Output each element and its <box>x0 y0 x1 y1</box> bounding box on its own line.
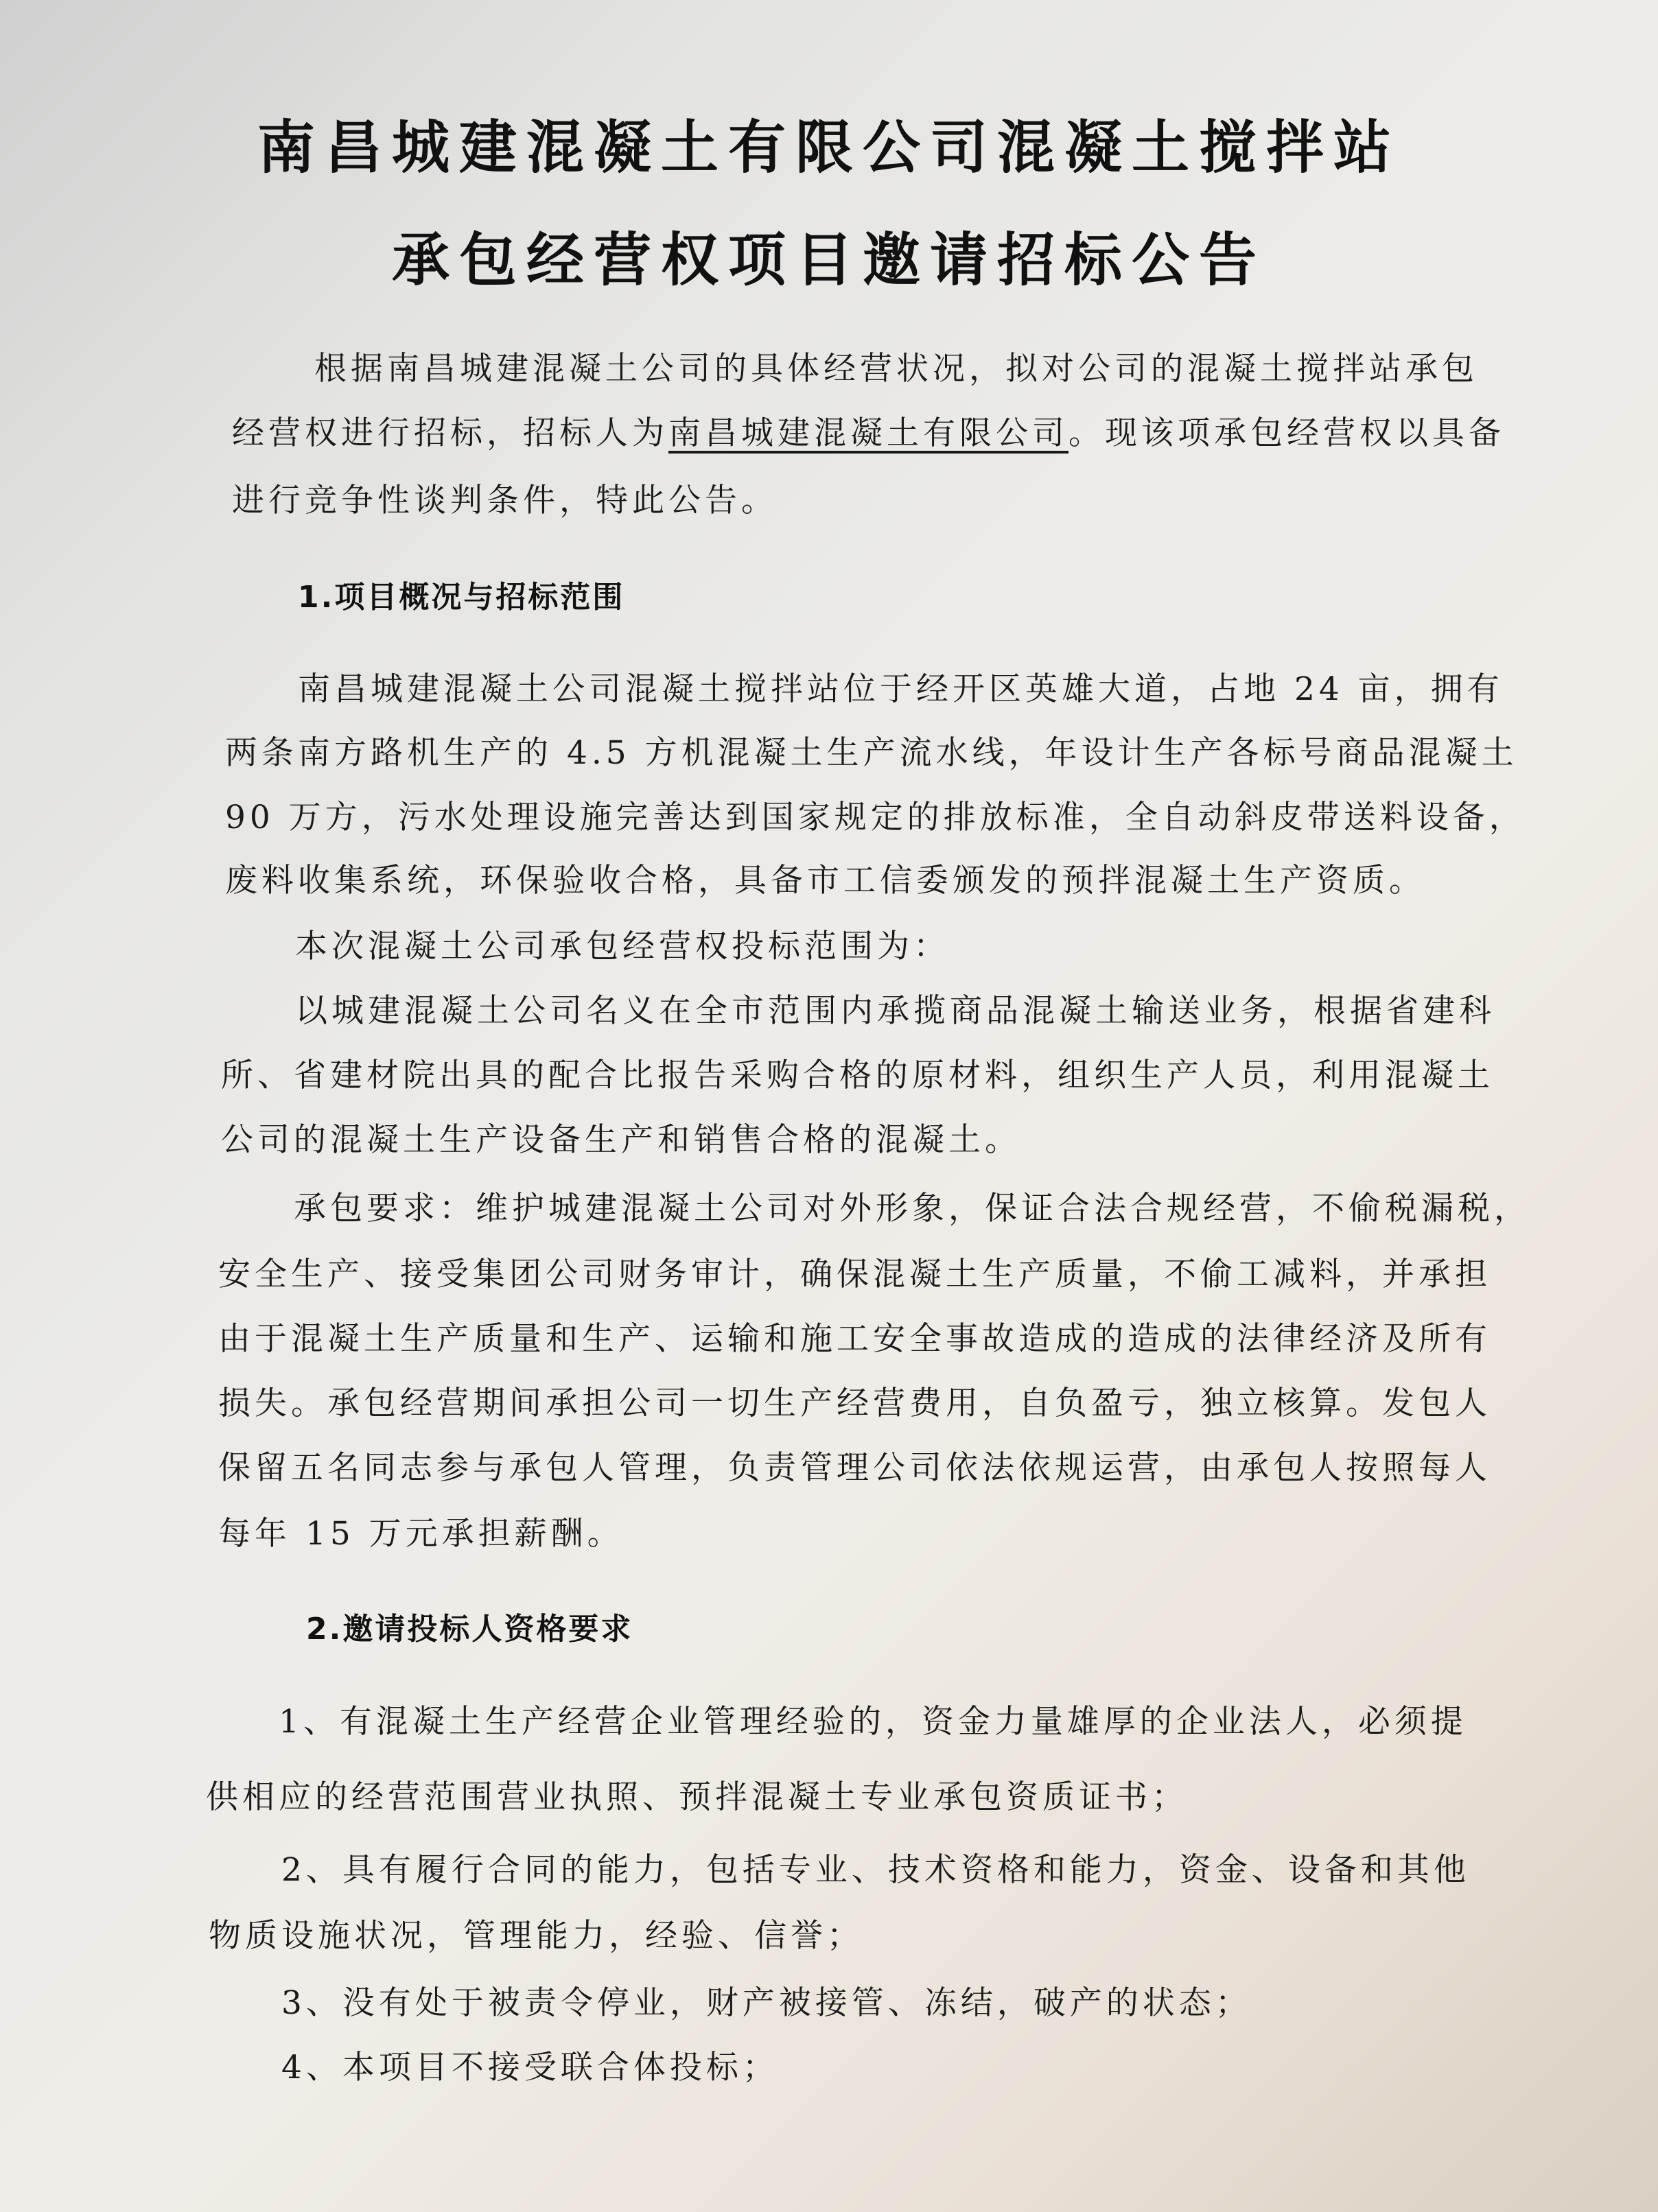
requirement-line-3: 由于混凝土生产质量和生产、运输和施工安全事故造成的造成的法律经济及所有 <box>218 1319 1491 1360</box>
qualification-2-line-2: 物质设施状况，管理能力，经验、信誉； <box>209 1916 863 1957</box>
document-title-line-2: 承包经营权项目邀请招标公告 <box>0 214 1658 297</box>
qualification-3: 3、没有处于被责令停业，财产被接管、冻结，破产的状态； <box>281 1983 1252 2024</box>
overview-line-4: 废料收集系统，环保验收合格，具备市工信委颁发的预拌混凝土生产资质。 <box>225 860 1425 902</box>
document-title-line-1: 南昌城建混凝土有限公司混凝土搅拌站 <box>0 102 1658 185</box>
qualification-1-line-2: 供相应的经营范围营业执照、预拌混凝土专业承包资质证书； <box>206 1777 1188 1818</box>
requirement-line-5: 保留五名同志参与承包人管理，负责管理公司依法依规运营，由承包人按照每人 <box>218 1448 1491 1489</box>
scope-line-3: 公司的混凝土生产设备生产和销售合格的混凝土。 <box>221 1120 1021 1161</box>
section-2-heading: 2.邀请投标人资格要求 <box>306 1604 633 1648</box>
intro-line-3: 进行竞争性谈判条件，特此公告。 <box>232 480 778 521</box>
document-page: 南昌城建混凝土有限公司混凝土搅拌站 承包经营权项目邀请招标公告 根据南昌城建混凝… <box>0 0 1658 2212</box>
qualification-4: 4、本项目不接受联合体投标； <box>281 2047 779 2089</box>
intro-line-2: 经营权进行招标，招标人为南昌城建混凝土有限公司。现该项承包经营权以具备 <box>232 413 1505 454</box>
intro-line-2-suffix: 。现该项承包经营权以具备 <box>1069 414 1505 452</box>
section-1-heading: 1.项目概况与招标范围 <box>298 572 624 616</box>
requirement-line-4: 损失。承包经营期间承担公司一切生产经营费用，自负盈亏，独立核算。发包人 <box>218 1383 1491 1424</box>
overview-line-2: 两条南方路机生产的 4.5 方机混凝土生产流水线，年设计生产各标号商品混凝土 <box>225 733 1518 774</box>
tenderer-name: 南昌城建混凝土有限公司 <box>668 414 1069 452</box>
overview-line-3: 90 万方，污水处理设施完善达到国家规定的排放标准，全自动斜皮带送料设备， <box>225 797 1526 838</box>
scope-line-1: 以城建混凝土公司名义在全市范围内承揽商品混凝土输送业务，根据省建科 <box>295 991 1495 1032</box>
intro-line-1: 根据南昌城建混凝土公司的具体经营状况，拟对公司的混凝土搅拌站承包 <box>314 349 1478 390</box>
requirement-line-2: 安全生产、接受集团公司财务审计，确保混凝土生产质量，不偷工减料，并承担 <box>218 1254 1491 1295</box>
requirement-line-6: 每年 15 万元承担薪酬。 <box>218 1514 624 1555</box>
scope-intro: 本次混凝土公司承包经营权投标范围为： <box>295 926 950 967</box>
scope-line-2: 所、省建材院出具的配合比报告采购合格的原材料，组织生产人员，利用混凝土 <box>221 1055 1494 1096</box>
qualification-2-line-1: 2、具有履行合同的能力，包括专业、技术资格和能力，资金、设备和其他 <box>281 1850 1470 1891</box>
qualification-1-line-1: 1、有混凝土生产经营企业管理经验的，资金力量雄厚的企业法人，必须提 <box>279 1702 1467 1743</box>
intro-line-2-prefix: 经营权进行招标，招标人为 <box>232 414 668 452</box>
requirement-line-1: 承包要求：维护城建混凝土公司对外形象，保证合法合规经营，不偷税漏税， <box>294 1188 1530 1229</box>
overview-line-1: 南昌城建混凝土公司混凝土搅拌站位于经开区英雄大道，占地 24 亩，拥有 <box>298 669 1504 710</box>
